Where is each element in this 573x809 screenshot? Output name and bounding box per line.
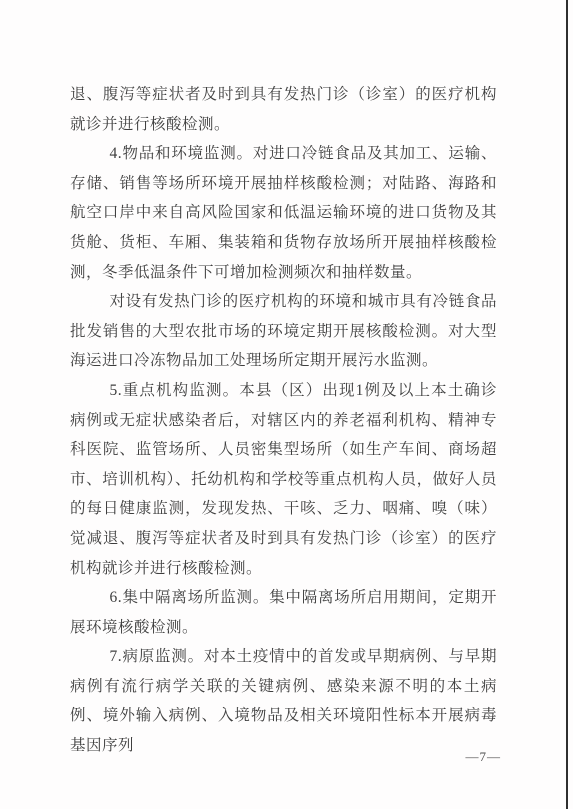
scanned-document-page: 退、腹泻等症状者及时到具有发热门诊（诊室）的医疗机构就诊并进行核酸检测。 4.物… <box>0 0 573 809</box>
paragraph-item-7-pathogen-monitoring: 7.病原监测。对本土疫情中的首发或早期病例、与早期病例有流行病学关联的关键病例、… <box>70 642 497 760</box>
paragraph-item-6-quarantine-site-monitoring: 6.集中隔离场所监测。集中隔离场所启用期间，定期开展环境核酸检测。 <box>70 583 497 642</box>
scan-edge-line <box>566 0 568 809</box>
document-body: 退、腹泻等症状者及时到具有发热门诊（诊室）的医疗机构就诊并进行核酸检测。 4.物… <box>70 80 497 761</box>
paragraph-item-5-key-institution-monitoring: 5.重点机构监测。本县（区）出现1例及以上本土确诊病例或无症状感染者后，对辖区内… <box>70 376 497 583</box>
paragraph-fever-clinic-environment-monitoring: 对设有发热门诊的医疗机构的环境和城市具有冷链食品批发销售的大型农批市场的环境定期… <box>70 287 497 376</box>
page-number: —7— <box>466 749 502 764</box>
page-footer: —7— <box>466 748 502 766</box>
paragraph-continuation: 退、腹泻等症状者及时到具有发热门诊（诊室）的医疗机构就诊并进行核酸检测。 <box>70 80 497 139</box>
paragraph-item-4-goods-environment-monitoring: 4.物品和环境监测。对进口冷链食品及其加工、运输、存储、销售等场所环境开展抽样核… <box>70 139 497 287</box>
